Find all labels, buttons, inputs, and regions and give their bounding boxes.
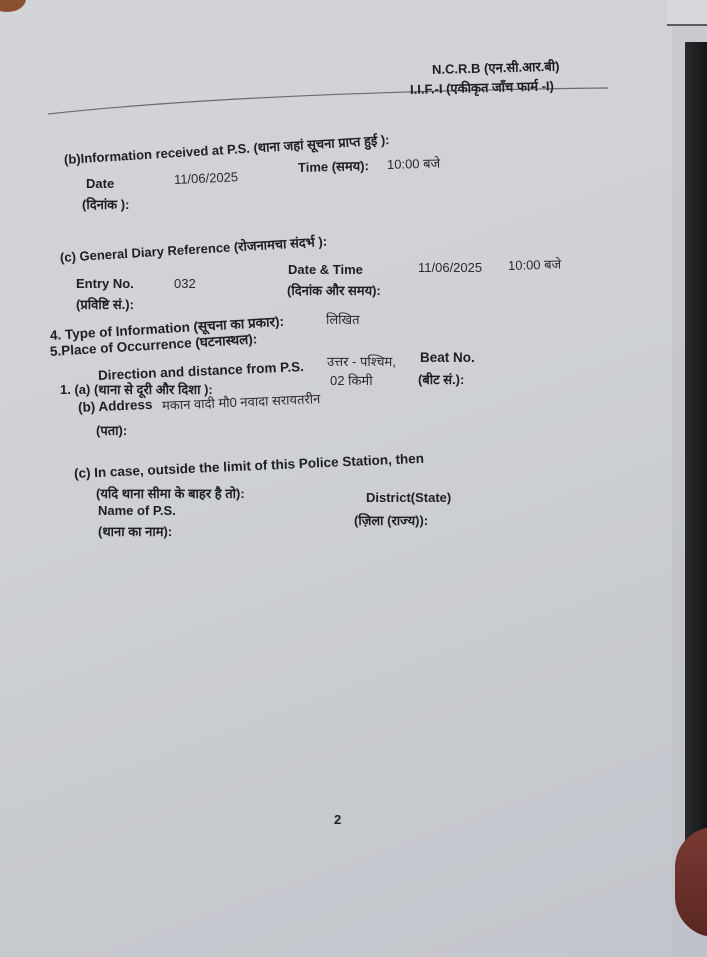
date-label-hindi: (दिनांक ): [82, 195, 129, 213]
address-label: (b) Address [78, 397, 153, 415]
date-label: Date [86, 176, 114, 191]
background-dark-surface [685, 42, 707, 922]
ps-name-label: Name of P.S. [98, 503, 176, 518]
outside-limit-title-hindi: (यदि थाना सीमा के बाहर है तो): [96, 484, 245, 502]
distance-value: 02 किमी [330, 371, 373, 389]
time-value: 10:00 बजे [387, 154, 441, 173]
datetime-label-hindi: (दिनांक और समय): [287, 281, 381, 299]
finger-holding-page [675, 827, 707, 937]
ps-name-label-hindi: (थाना का नाम): [98, 522, 172, 540]
beat-no-label-hindi: (बीट सं.): [418, 370, 464, 388]
entry-no-value: 032 [174, 276, 196, 291]
address-label-hindi: (पता): [96, 421, 127, 439]
gd-time-value: 10:00 बजे [508, 255, 562, 274]
ncrb-heading: N.C.R.B (एन.सी.आर.बी) [432, 57, 560, 78]
outside-limit-title: (c) In case, outside the limit of this P… [74, 451, 425, 481]
district-label: District(State) [366, 490, 451, 505]
background-object [0, 0, 26, 12]
entry-no-label-hindi: (प्रविष्टि सं.): [76, 295, 134, 313]
info-date-value: 11/06/2025 [174, 169, 239, 187]
form-name-heading: I.I.F.-I (एकीकृत जाँच फार्म -I) [410, 76, 554, 98]
district-label-hindi: (ज़िला (राज्य)): [354, 511, 428, 529]
page-number: 2 [334, 812, 341, 827]
gd-reference-title: (c) General Diary Reference (रोजनामचा सं… [59, 232, 327, 266]
datetime-label: Date & Time [288, 262, 363, 277]
beat-no-label: Beat No. [420, 350, 475, 365]
direction-value: उत्तर - पश्चिम, [327, 352, 396, 370]
gd-date-value: 11/06/2025 [418, 260, 482, 275]
time-label: Time (समय): [298, 156, 369, 176]
entry-no-label: Entry No. [76, 276, 134, 291]
document-page: N.C.R.B (एन.सी.आर.बी) I.I.F.-I (एकीकृत ज… [0, 0, 672, 957]
type-of-information-value: लिखित [326, 310, 360, 328]
background-paper-edge [667, 0, 707, 26]
